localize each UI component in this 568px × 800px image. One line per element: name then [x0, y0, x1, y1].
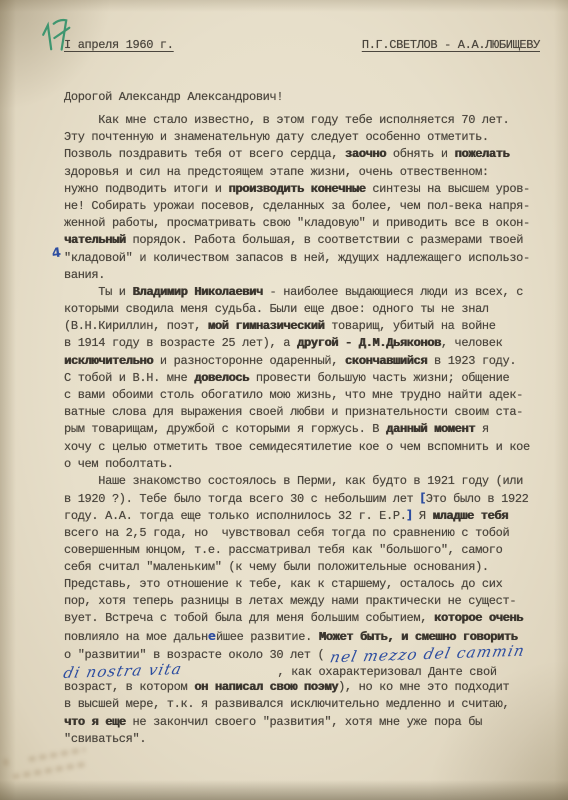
- ink-mark: е: [208, 629, 216, 643]
- letter-line: Как мне стало известно, в этом году тебе…: [64, 112, 544, 129]
- typed-text: мой гимназический: [208, 319, 324, 333]
- typed-text: Наше знакомство состоялось в Перми, как …: [64, 474, 523, 488]
- bleedthrough-mark: [12, 762, 86, 780]
- letter-line: о "развитии" в возрасте около 30 лет ( n…: [64, 645, 544, 662]
- letter-line: (В.Н.Кириллин, поэт, мой гимназический т…: [64, 318, 544, 335]
- letter-line: женной работы, просматривать свою "кладо…: [64, 215, 544, 232]
- letter-line: "кладовой" и количеством запасов в ней, …: [64, 250, 544, 267]
- typed-text: Владимир Николаевич: [133, 285, 263, 299]
- typed-text: в 1920 ?). Тебе было тогда всего 30 с не…: [64, 492, 420, 506]
- typed-text: совершенным юнцом, т.е. рассматривал теб…: [64, 543, 502, 557]
- typed-text: и разносторонне одаренный,: [153, 354, 345, 368]
- typed-text: я: [475, 422, 489, 436]
- typed-text: Как мне стало известно, в этом году тебе…: [64, 113, 509, 127]
- bleedthrough-mark: [3, 758, 9, 767]
- typed-text: здоровья и сил на предстоящем этапе жизн…: [64, 165, 489, 179]
- letter-line: di nostra vita , как охарактеризовал Дан…: [64, 662, 544, 679]
- letter-line: хочу с целью отметить твое семидесятилет…: [64, 439, 544, 456]
- typed-text: ), но ко мне это подходит: [338, 680, 509, 694]
- margin-ink-mark: 4: [51, 245, 62, 261]
- letter-line: с вами обоими столь обогатило мою жизнь,…: [64, 387, 544, 404]
- typed-text: чательный: [64, 233, 126, 247]
- typed-text: о "развитии" в возрасте около 30 лет (: [64, 648, 331, 662]
- correspondents-label: П.Г.СВЕТЛОВ - А.А.ЛЮБИЩЕВУ: [362, 38, 540, 52]
- typed-text: скончавшийся: [345, 354, 427, 368]
- typed-text: заочно: [345, 147, 386, 161]
- typed-text: в 1914 году в возрасте 25 лет), а: [64, 336, 297, 350]
- typed-text: ватные слова для выражения своей любви и…: [64, 405, 523, 419]
- typed-text: пор, хотя теперь разницы в летах между н…: [64, 594, 516, 608]
- typed-text: довелось: [194, 371, 249, 385]
- typed-text: - наиболее выдающиеся люди из всех, с: [263, 285, 523, 299]
- typed-text: с вами обоими столь обогатило мою жизнь,…: [64, 388, 523, 402]
- letter-line: возраст, в котором он написал свою поэму…: [64, 679, 544, 696]
- typed-text: (В.Н.Кириллин, поэт,: [64, 319, 208, 333]
- letter-line: ватные слова для выражения своей любви и…: [64, 404, 544, 421]
- letter-line: вует. Встреча с тобой была для меня боль…: [64, 610, 544, 627]
- typed-text: данный момент: [386, 422, 475, 436]
- letter-line: здоровья и сил на предстоящем этапе жизн…: [64, 164, 544, 181]
- typed-text: году. А.А. тогда еще только исполнилось …: [64, 509, 407, 523]
- letter-line: Представь, это отношение к тебе, как к с…: [64, 576, 544, 593]
- typed-text: нужно подводить итоги и: [64, 182, 228, 196]
- letter-line: которыми сводила меня судьба. Были еще д…: [64, 301, 544, 318]
- typed-text: Может быть, и смешно говорить: [319, 630, 518, 644]
- typed-text: Я: [412, 509, 433, 523]
- typed-text: он написал свою поэму: [194, 680, 338, 694]
- letter-body: Как мне стало известно, в этом году тебе…: [64, 112, 544, 748]
- letter-line: пор, хотя теперь разницы в летах между н…: [64, 593, 544, 610]
- typed-text: обнять и: [386, 147, 455, 161]
- letter-line: что я еще не закончил своего "развития",…: [64, 714, 544, 731]
- letter-line: себя считал "маленьким" (к чему были пол…: [64, 559, 544, 576]
- typed-text: в высшей мере, т.к. я развивался исключи…: [64, 697, 509, 711]
- typed-text: вания.: [64, 268, 105, 282]
- typed-text: которое очень: [434, 611, 523, 625]
- letter-line: С тобой и В.Н. мне довелось провести бол…: [64, 370, 544, 387]
- letter-line: рым товарищам, дружбой с которыми я горж…: [64, 421, 544, 438]
- letter-line: Наше знакомство состоялось в Перми, как …: [64, 473, 544, 490]
- typed-text: , как охарактеризовал Данте свой: [182, 665, 497, 679]
- typed-text: хочу с целью отметить твое семидесятилет…: [64, 440, 530, 454]
- typed-text: порядок. Работа большая, в соответствии …: [126, 233, 523, 247]
- letter-line: повлияло на мое дальнейшее развитие. Мож…: [64, 628, 544, 645]
- letter-line: в 1914 году в возрасте 25 лет), а другой…: [64, 335, 544, 352]
- typed-text: Это было в 1922: [426, 492, 529, 506]
- typed-text: всего на 2,5 года, но чувствовал себя то…: [64, 526, 509, 540]
- typed-text: Эту почтенную и знаменательную дату след…: [64, 130, 489, 144]
- typed-text: в 1923 году.: [427, 354, 516, 368]
- typed-text: что я еще: [64, 715, 126, 729]
- typed-text: о чем поболтать.: [64, 457, 174, 471]
- typed-text: возраст, в котором: [64, 680, 194, 694]
- typed-text: товарищ, убитый на войне: [324, 319, 495, 333]
- typed-text: не закончил своего "развития", хотя мне …: [126, 715, 482, 729]
- letter-line: нужно подводить итоги и производить коне…: [64, 181, 544, 198]
- typed-text: , человек: [441, 336, 503, 350]
- typed-text: которыми сводила меня судьба. Были еще д…: [64, 302, 489, 316]
- letter-line: не! Собирать урожаи посевов, сделанных з…: [64, 198, 544, 215]
- typed-text: Ты и: [64, 285, 133, 299]
- letter-line: "свиваться".: [64, 731, 544, 748]
- letter-page: 17 I апреля 1960 г. П.Г.СВЕТЛОВ - А.А.ЛЮ…: [0, 0, 568, 800]
- typed-text: не! Собирать урожаи посевов, сделанных з…: [64, 199, 530, 213]
- typed-text: синтезы на высшем уров-: [365, 182, 529, 196]
- typed-text: Позволь поздравить тебя от всего сердца,: [64, 147, 345, 161]
- typed-text: йшее развитие.: [216, 630, 319, 644]
- letter-line: году. А.А. тогда еще только исполнилось …: [64, 507, 544, 524]
- typed-text: повлияло на мое дальн: [64, 630, 208, 644]
- typed-text: пожелать: [455, 147, 510, 161]
- letter-header: I апреля 1960 г. П.Г.СВЕТЛОВ - А.А.ЛЮБИЩ…: [0, 0, 568, 52]
- letter-line: совершенным юнцом, т.е. рассматривал теб…: [64, 542, 544, 559]
- typed-text: производить конечные: [228, 182, 365, 196]
- typed-text: младше тебя: [433, 509, 508, 523]
- letter-line: исключительно и разносторонне одаренный,…: [64, 353, 544, 370]
- letter-line: вания.: [64, 267, 544, 284]
- typed-text: Представь, это отношение к тебе, как к с…: [64, 577, 502, 591]
- salutation: Дорогой Александр Александрович!: [64, 90, 568, 104]
- typed-text: другой - Д.М.Дьяконов: [297, 336, 441, 350]
- typed-text: "свиваться".: [64, 732, 146, 746]
- typed-text: С тобой и В.Н. мне: [64, 371, 194, 385]
- handwritten-page-number: 17: [36, 16, 84, 60]
- typed-text: себя считал "маленьким" (к чему были пол…: [64, 560, 489, 574]
- typed-text: "кладовой" и количеством запасов в ней, …: [64, 251, 530, 265]
- typed-text: исключительно: [64, 354, 153, 368]
- typed-text: женной работы, просматривать свою "кладо…: [64, 216, 530, 230]
- letter-line: в 1920 ?). Тебе было тогда всего 30 с не…: [64, 490, 544, 507]
- letter-line: Позволь поздравить тебя от всего сердца,…: [64, 146, 544, 163]
- letter-line: Эту почтенную и знаменательную дату след…: [64, 129, 544, 146]
- letter-line: Ты и Владимир Николаевич - наиболее выда…: [64, 284, 544, 301]
- typed-text: рым товарищам, дружбой с которыми я горж…: [64, 422, 386, 436]
- typed-text: вует. Встреча с тобой была для меня боль…: [64, 611, 434, 625]
- typed-text: провести большую часть жизни; общение: [249, 371, 509, 385]
- bleedthrough-mark: [28, 747, 86, 762]
- letter-line: всего на 2,5 года, но чувствовал себя то…: [64, 525, 544, 542]
- letter-line: о чем поболтать.: [64, 456, 544, 473]
- letter-line: чательный порядок. Работа большая, в соо…: [64, 232, 544, 249]
- letter-line: в высшей мере, т.к. я развивался исключи…: [64, 696, 544, 713]
